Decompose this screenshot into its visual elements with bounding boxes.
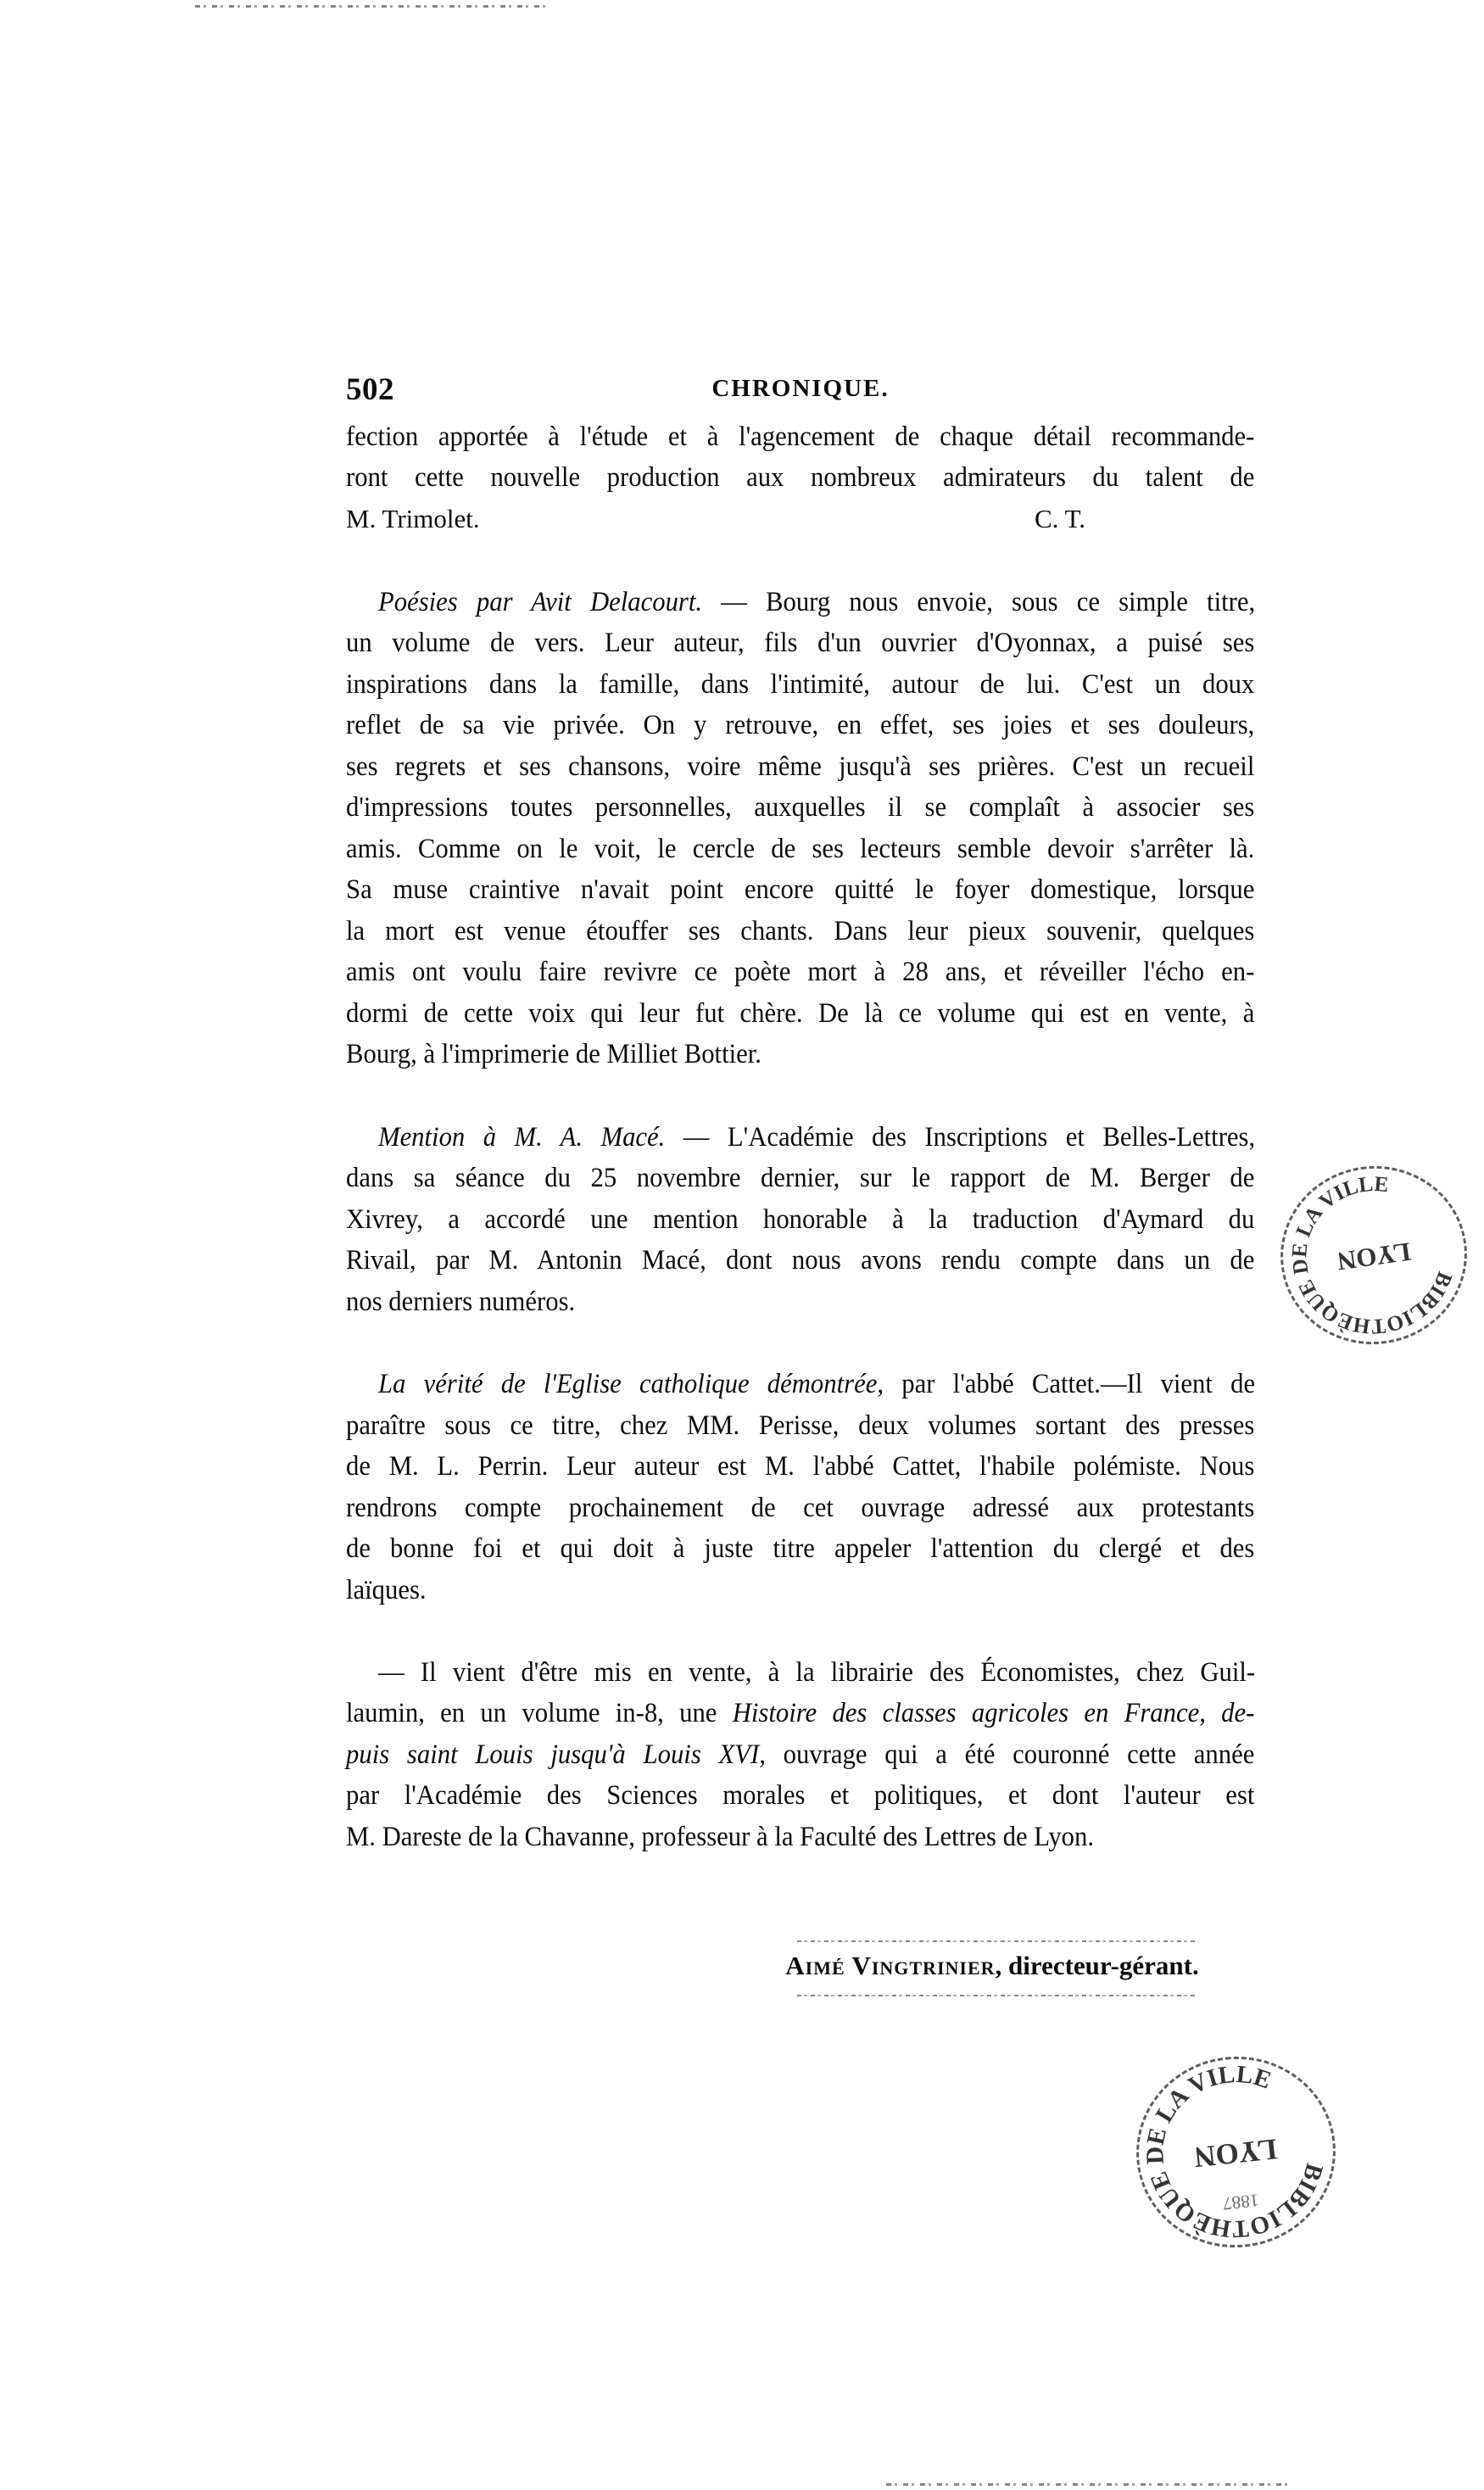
text-line: laïques.	[346, 1570, 1254, 1611]
stamp-center-text: LYON	[1192, 2132, 1279, 2174]
divider-rule	[797, 1940, 1196, 1942]
library-stamp-margin: BIBLIOTHÈQUE DE LA VILLE LYON	[1269, 1154, 1478, 1357]
book-title: Poésies par Avit Delacourt.	[378, 587, 702, 617]
text-line: fection apportée à l'étude et à l'agence…	[346, 416, 1254, 457]
stamp-center-text: LYON	[1335, 1237, 1413, 1276]
text-line: ses regrets et ses chansons, voire même …	[346, 746, 1254, 787]
text-run: laumin, en un volume in-8, une	[346, 1698, 733, 1728]
stamp-year: 1887	[1221, 2190, 1259, 2214]
stamp-graphic: BIBLIOTHÈQUE DE LA VILLE LYON 1887	[1130, 2050, 1342, 2255]
text-line: — Il vient d'être mis en vente, à la lib…	[378, 1652, 1255, 1693]
text-line: Rivail, par M. Antonin Macé, dont nous a…	[346, 1240, 1254, 1281]
text-run: , ouvrage qui a été couronné cette année	[759, 1739, 1254, 1770]
text-line: nos derniers numéros.	[346, 1281, 1254, 1322]
notice-title: Mention à M. A. Macé.	[378, 1122, 665, 1153]
editor-role: , directeur-gérant.	[996, 1951, 1199, 1980]
running-header: 502 CHRONIQUE.	[346, 371, 1255, 410]
text-line: amis. Comme on le voit, le cercle de ses…	[346, 829, 1254, 869]
text-line: de bonne foi et qui doit à juste titre a…	[346, 1528, 1254, 1569]
text-line: laumin, en un volume in-8, une Histoire …	[346, 1693, 1254, 1734]
text-line: M. Dareste de la Chavanne, professeur à …	[346, 1817, 1254, 1857]
text-line: rendrons compte prochainement de cet ouv…	[346, 1488, 1254, 1528]
text-run: — L'Académie des Inscriptions et Belles-…	[665, 1122, 1255, 1153]
text-line: amis ont voulu faire revivre ce poète mo…	[346, 952, 1254, 992]
text-line: d'impressions toutes personnelles, auxqu…	[346, 787, 1254, 828]
stamp-graphic: BIBLIOTHÈQUE DE LA VILLE LYON	[1272, 1157, 1476, 1354]
text-line: dans sa séance du 25 novembre dernier, s…	[346, 1158, 1254, 1198]
text-line: un volume de vers. Leur auteur, fils d'u…	[346, 622, 1254, 663]
text-line: ront cette nouvelle production aux nombr…	[346, 457, 1254, 498]
text-line: reflet de sa vie privée. On y retrouve, …	[346, 705, 1254, 745]
book-title-continued: puis saint Louis jusqu'à Louis XVI	[346, 1739, 759, 1770]
book-title: Histoire des classes agricoles en France…	[733, 1698, 1255, 1728]
text-line: Poésies par Avit Delacourt. — Bourg nous…	[378, 582, 1255, 622]
text-line: la mort est venue étouffer ses chants. D…	[346, 911, 1254, 952]
text-line: inspirations dans la famille, dans l'int…	[346, 664, 1254, 705]
text-line: Bourg, à l'imprimerie de Milliet Bottier…	[346, 1034, 1254, 1075]
editor-last-name: Vingtrinier	[851, 1951, 995, 1980]
book-title: La vérité de l'Eglise catholique démontr…	[378, 1369, 877, 1399]
document-page: 502 CHRONIQUE. fection apportée à l'étud…	[0, 0, 1484, 2490]
library-stamp-bottom: BIBLIOTHÈQUE DE LA VILLE LYON 1887	[1127, 2046, 1345, 2257]
text-line: paraître sous ce titre, chez MM. Perisse…	[346, 1405, 1254, 1446]
scan-artifact-bottom	[886, 2483, 1293, 2486]
text-line: par l'Académie des Sciences morales et p…	[346, 1775, 1254, 1816]
initials-signature: C. T.	[1035, 499, 1085, 539]
divider-rule	[797, 1995, 1196, 1996]
text-line: M. Trimolet. C. T.	[346, 499, 1255, 539]
running-head-title: CHRONIQUE.	[346, 375, 1255, 403]
text-run: , par l'abbé Cattet.—Il vient de	[877, 1369, 1255, 1399]
author-mention: M. Trimolet.	[346, 504, 480, 533]
text-run: — Bourg nous envoie, sous ce simple titr…	[702, 587, 1255, 617]
text-line: Sa muse craintive n'avait point encore q…	[346, 869, 1254, 910]
text-line: de M. L. Perrin. Leur auteur est M. l'ab…	[346, 1446, 1254, 1487]
text-line: dormi de cette voix qui leur fut chère. …	[346, 993, 1254, 1034]
signature-block: Aimé Vingtrinier, directeur-gérant.	[780, 1934, 1204, 2001]
text-line: La vérité de l'Eglise catholique démontr…	[378, 1364, 1255, 1404]
scan-artifact-top	[195, 5, 551, 8]
editor-signature: Aimé Vingtrinier, directeur-gérant.	[780, 1951, 1204, 1981]
text-line: Xivrey, a accordé une mention honorable …	[346, 1199, 1254, 1240]
text-line: Mention à M. A. Macé. — L'Académie des I…	[378, 1117, 1255, 1158]
text-line: puis saint Louis jusqu'à Louis XVI, ouvr…	[346, 1734, 1254, 1775]
editor-first-name: Aimé	[785, 1951, 845, 1980]
